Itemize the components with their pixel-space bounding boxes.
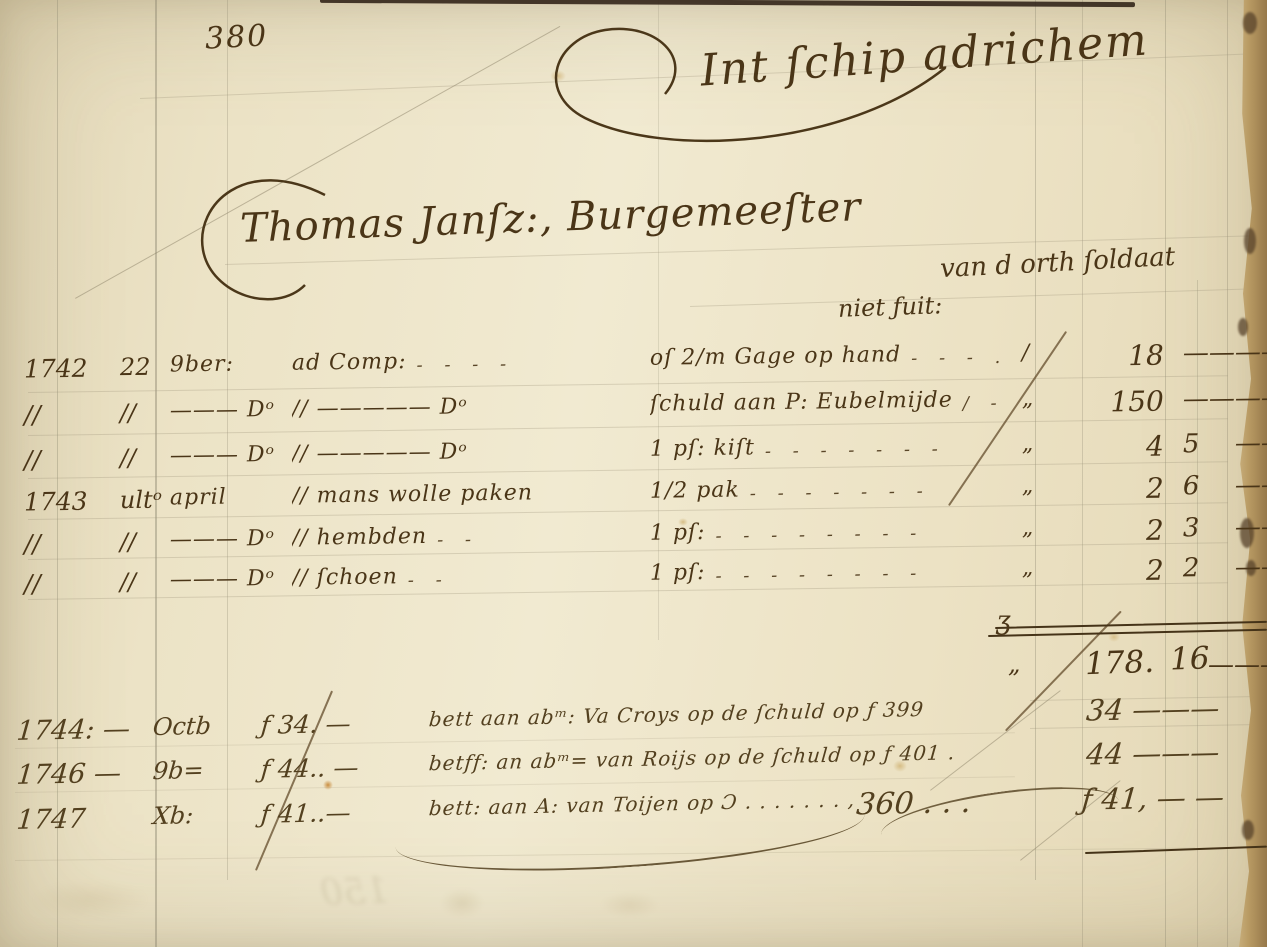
payment-text: bett aan abᵐ: Va Croys op de ſchuld op ƒ… (428, 697, 925, 731)
payment-year: 1744: — (15, 714, 131, 747)
payment-right-amount: 44 ——— (1039, 734, 1267, 773)
manuscript-page: 380 Int ſchip adrichem Thomas Janſz:, Bu… (0, 0, 1267, 947)
payment-amount: ƒ 44.. — (260, 753, 360, 784)
payment-month: Octb (152, 712, 212, 741)
payment-amount: ƒ 41..— (260, 798, 352, 829)
payment-month: 9b= (152, 756, 205, 785)
payment-amount: ƒ 34. — (260, 709, 352, 740)
payment-entries: 1744: — Octb ƒ 34. — bett aan abᵐ: Va Cr… (0, 0, 1267, 947)
bleed-through-mark (600, 892, 660, 918)
bleed-through-mark (440, 888, 484, 918)
payment-year: 1747 (15, 803, 86, 836)
payment-month: Xb: (152, 801, 195, 830)
payment-right-amount: ƒ 41, — — (1039, 779, 1267, 818)
payment-right-amount: 34 ——— (1039, 690, 1267, 729)
bleed-through-mark (30, 880, 150, 920)
bleed-through-text: 150 (319, 871, 389, 914)
payment-note: 360 . . . (855, 785, 972, 822)
payment-year: 1746 — (15, 758, 122, 791)
